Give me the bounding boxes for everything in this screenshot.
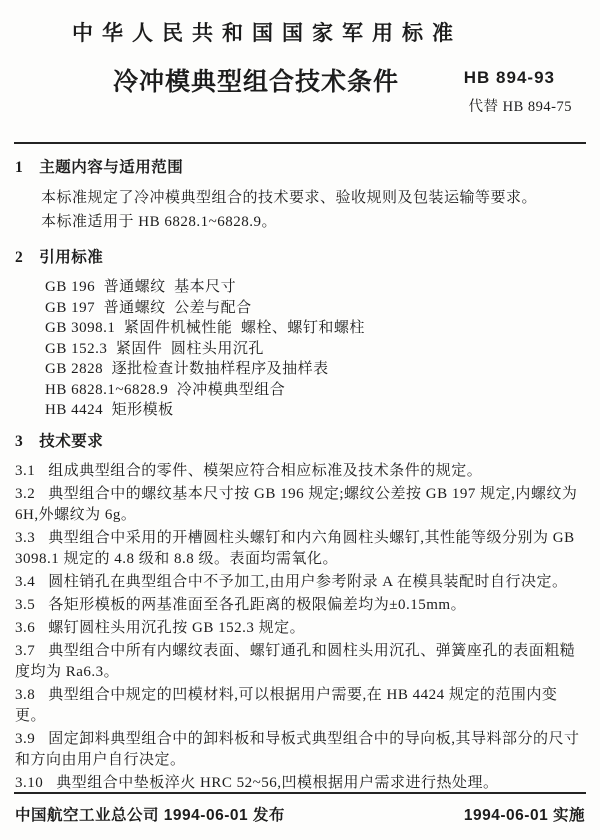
clause: 3.9固定卸料典型组合中的卸料板和导板式典型组合中的导向板,其导料部分的尺寸和方… — [15, 729, 585, 771]
reference-item: GB 197 普通螺纹 公差与配合 — [45, 298, 585, 319]
document-page: 中华人民共和国国家军用标准 冷冲模典型组合技术条件 HB 894-93 代替 H… — [0, 0, 600, 840]
clause: 3.5各矩形模板的两基准面至各孔距离的极限偏差均为±0.15mm。 — [15, 595, 585, 616]
clause-number: 3.10 — [15, 775, 43, 791]
clause-text: 典型组合中规定的凹模材料,可以根据用户需要,在 HB 4424 规定的范围内变更… — [15, 687, 557, 724]
reference-item: GB 196 普通螺纹 基本尺寸 — [45, 277, 585, 298]
clause-text: 圆柱销孔在典型组合中不予加工,由用户参考附录 A 在模具装配时自行决定。 — [48, 574, 567, 590]
clause-number: 3.9 — [15, 731, 35, 747]
superseded-standard-note: 代替 HB 894-75 — [469, 95, 572, 116]
clause: 3.6螺钉圆柱头用沉孔按 GB 152.3 规定。 — [15, 618, 585, 639]
section-number: 2 — [15, 249, 23, 266]
reference-item: HB 4424 矩形模板 — [45, 400, 585, 421]
reference-item: GB 3098.1 紧固件机械性能 螺栓、螺钉和螺柱 — [45, 318, 585, 339]
section-title: 引用标准 — [39, 249, 103, 266]
clause-number: 3.1 — [15, 463, 35, 479]
section-heading-requirements: 3技术要求 — [15, 431, 585, 453]
clause-number: 3.5 — [15, 597, 35, 613]
standard-number: HB 894-93 — [464, 68, 555, 88]
document-header: 中华人民共和国国家军用标准 冷冲模典型组合技术条件 HB 894-93 代替 H… — [0, 20, 600, 122]
clause-text: 典型组合中的螺纹基本尺寸按 GB 196 规定;螺纹公差按 GB 197 规定,… — [15, 486, 582, 523]
implementation-date: 1994-06-01 实施 — [464, 803, 585, 825]
clause-number: 3.8 — [15, 687, 35, 703]
section-heading-scope: 1主题内容与适用范围 — [15, 157, 585, 179]
section-heading-references: 2引用标准 — [15, 247, 585, 269]
document-footer: 中国航空工业总公司 1994-06-01 发布 1994-06-01 实施 — [15, 803, 585, 825]
clause: 3.1组成典型组合的零件、模架应符合相应标准及技术条件的规定。 — [15, 461, 585, 482]
reference-list: GB 196 普通螺纹 基本尺寸 GB 197 普通螺纹 公差与配合 GB 30… — [15, 277, 585, 421]
reference-item: GB 152.3 紧固件 圆柱头用沉孔 — [45, 339, 585, 360]
requirement-clauses: 3.1组成典型组合的零件、模架应符合相应标准及技术条件的规定。 3.2典型组合中… — [15, 461, 585, 794]
clause: 3.2典型组合中的螺纹基本尺寸按 GB 196 规定;螺纹公差按 GB 197 … — [15, 484, 585, 526]
section-number: 1 — [15, 159, 23, 176]
reference-item: GB 2828 逐批检查计数抽样程序及抽样表 — [45, 359, 585, 380]
clause-text: 各矩形模板的两基准面至各孔距离的极限偏差均为±0.15mm。 — [48, 597, 466, 613]
clause-text: 螺钉圆柱头用沉孔按 GB 152.3 规定。 — [48, 620, 305, 636]
clause-text: 固定卸料典型组合中的卸料板和导板式典型组合中的导向板,其导料部分的尺寸和方向由用… — [15, 731, 580, 768]
clause-text: 典型组合中采用的开槽圆柱头螺钉和内六角圆柱头螺钉,其性能等级分别为 GB 309… — [15, 530, 579, 567]
clause-number: 3.7 — [15, 643, 35, 659]
document-title: 冷冲模典型组合技术条件 — [113, 62, 399, 98]
clause-number: 3.6 — [15, 620, 35, 636]
clause-number: 3.4 — [15, 574, 35, 590]
clause: 3.7典型组合中所有内螺纹表面、螺钉通孔和圆柱头用沉孔、弹簧座孔的表面粗糙度均为… — [15, 641, 585, 683]
clause-text: 典型组合中所有内螺纹表面、螺钉通孔和圆柱头用沉孔、弹簧座孔的表面粗糙度均为 Ra… — [15, 643, 575, 680]
clause-text: 组成典型组合的零件、模架应符合相应标准及技术条件的规定。 — [48, 463, 482, 479]
title-block: 冷冲模典型组合技术条件 HB 894-93 代替 HB 894-75 — [0, 62, 600, 122]
scope-paragraph: 本标准适用于 HB 6828.1~6828.9。 — [15, 211, 585, 234]
document-body: 1主题内容与适用范围 本标准规定了冷冲模典型组合的技术要求、验收规则及包装运输等… — [0, 144, 600, 794]
section-title: 技术要求 — [39, 433, 103, 450]
reference-item: HB 6828.1~6828.9 冷冲模典型组合 — [45, 380, 585, 401]
issue-statement: 中国航空工业总公司 1994-06-01 发布 — [15, 803, 285, 825]
footer-divider-rule — [14, 792, 586, 794]
clause: 3.10典型组合中垫板淬火 HRC 52~56,凹模根据用户需求进行热处理。 — [15, 773, 585, 794]
scope-paragraph: 本标准规定了冷冲模典型组合的技术要求、验收规则及包装运输等要求。 — [15, 187, 585, 210]
section-title: 主题内容与适用范围 — [39, 159, 183, 176]
clause-text: 典型组合中垫板淬火 HRC 52~56,凹模根据用户需求进行热处理。 — [56, 775, 498, 791]
clause-number: 3.3 — [15, 530, 35, 546]
clause: 3.8典型组合中规定的凹模材料,可以根据用户需要,在 HB 4424 规定的范围… — [15, 685, 585, 727]
clause-number: 3.2 — [15, 486, 35, 502]
section-number: 3 — [15, 433, 23, 450]
standard-class-heading: 中华人民共和国国家军用标准 — [72, 20, 600, 48]
clause: 3.3典型组合中采用的开槽圆柱头螺钉和内六角圆柱头螺钉,其性能等级分别为 GB … — [15, 528, 585, 570]
clause: 3.4圆柱销孔在典型组合中不予加工,由用户参考附录 A 在模具装配时自行决定。 — [15, 572, 585, 593]
